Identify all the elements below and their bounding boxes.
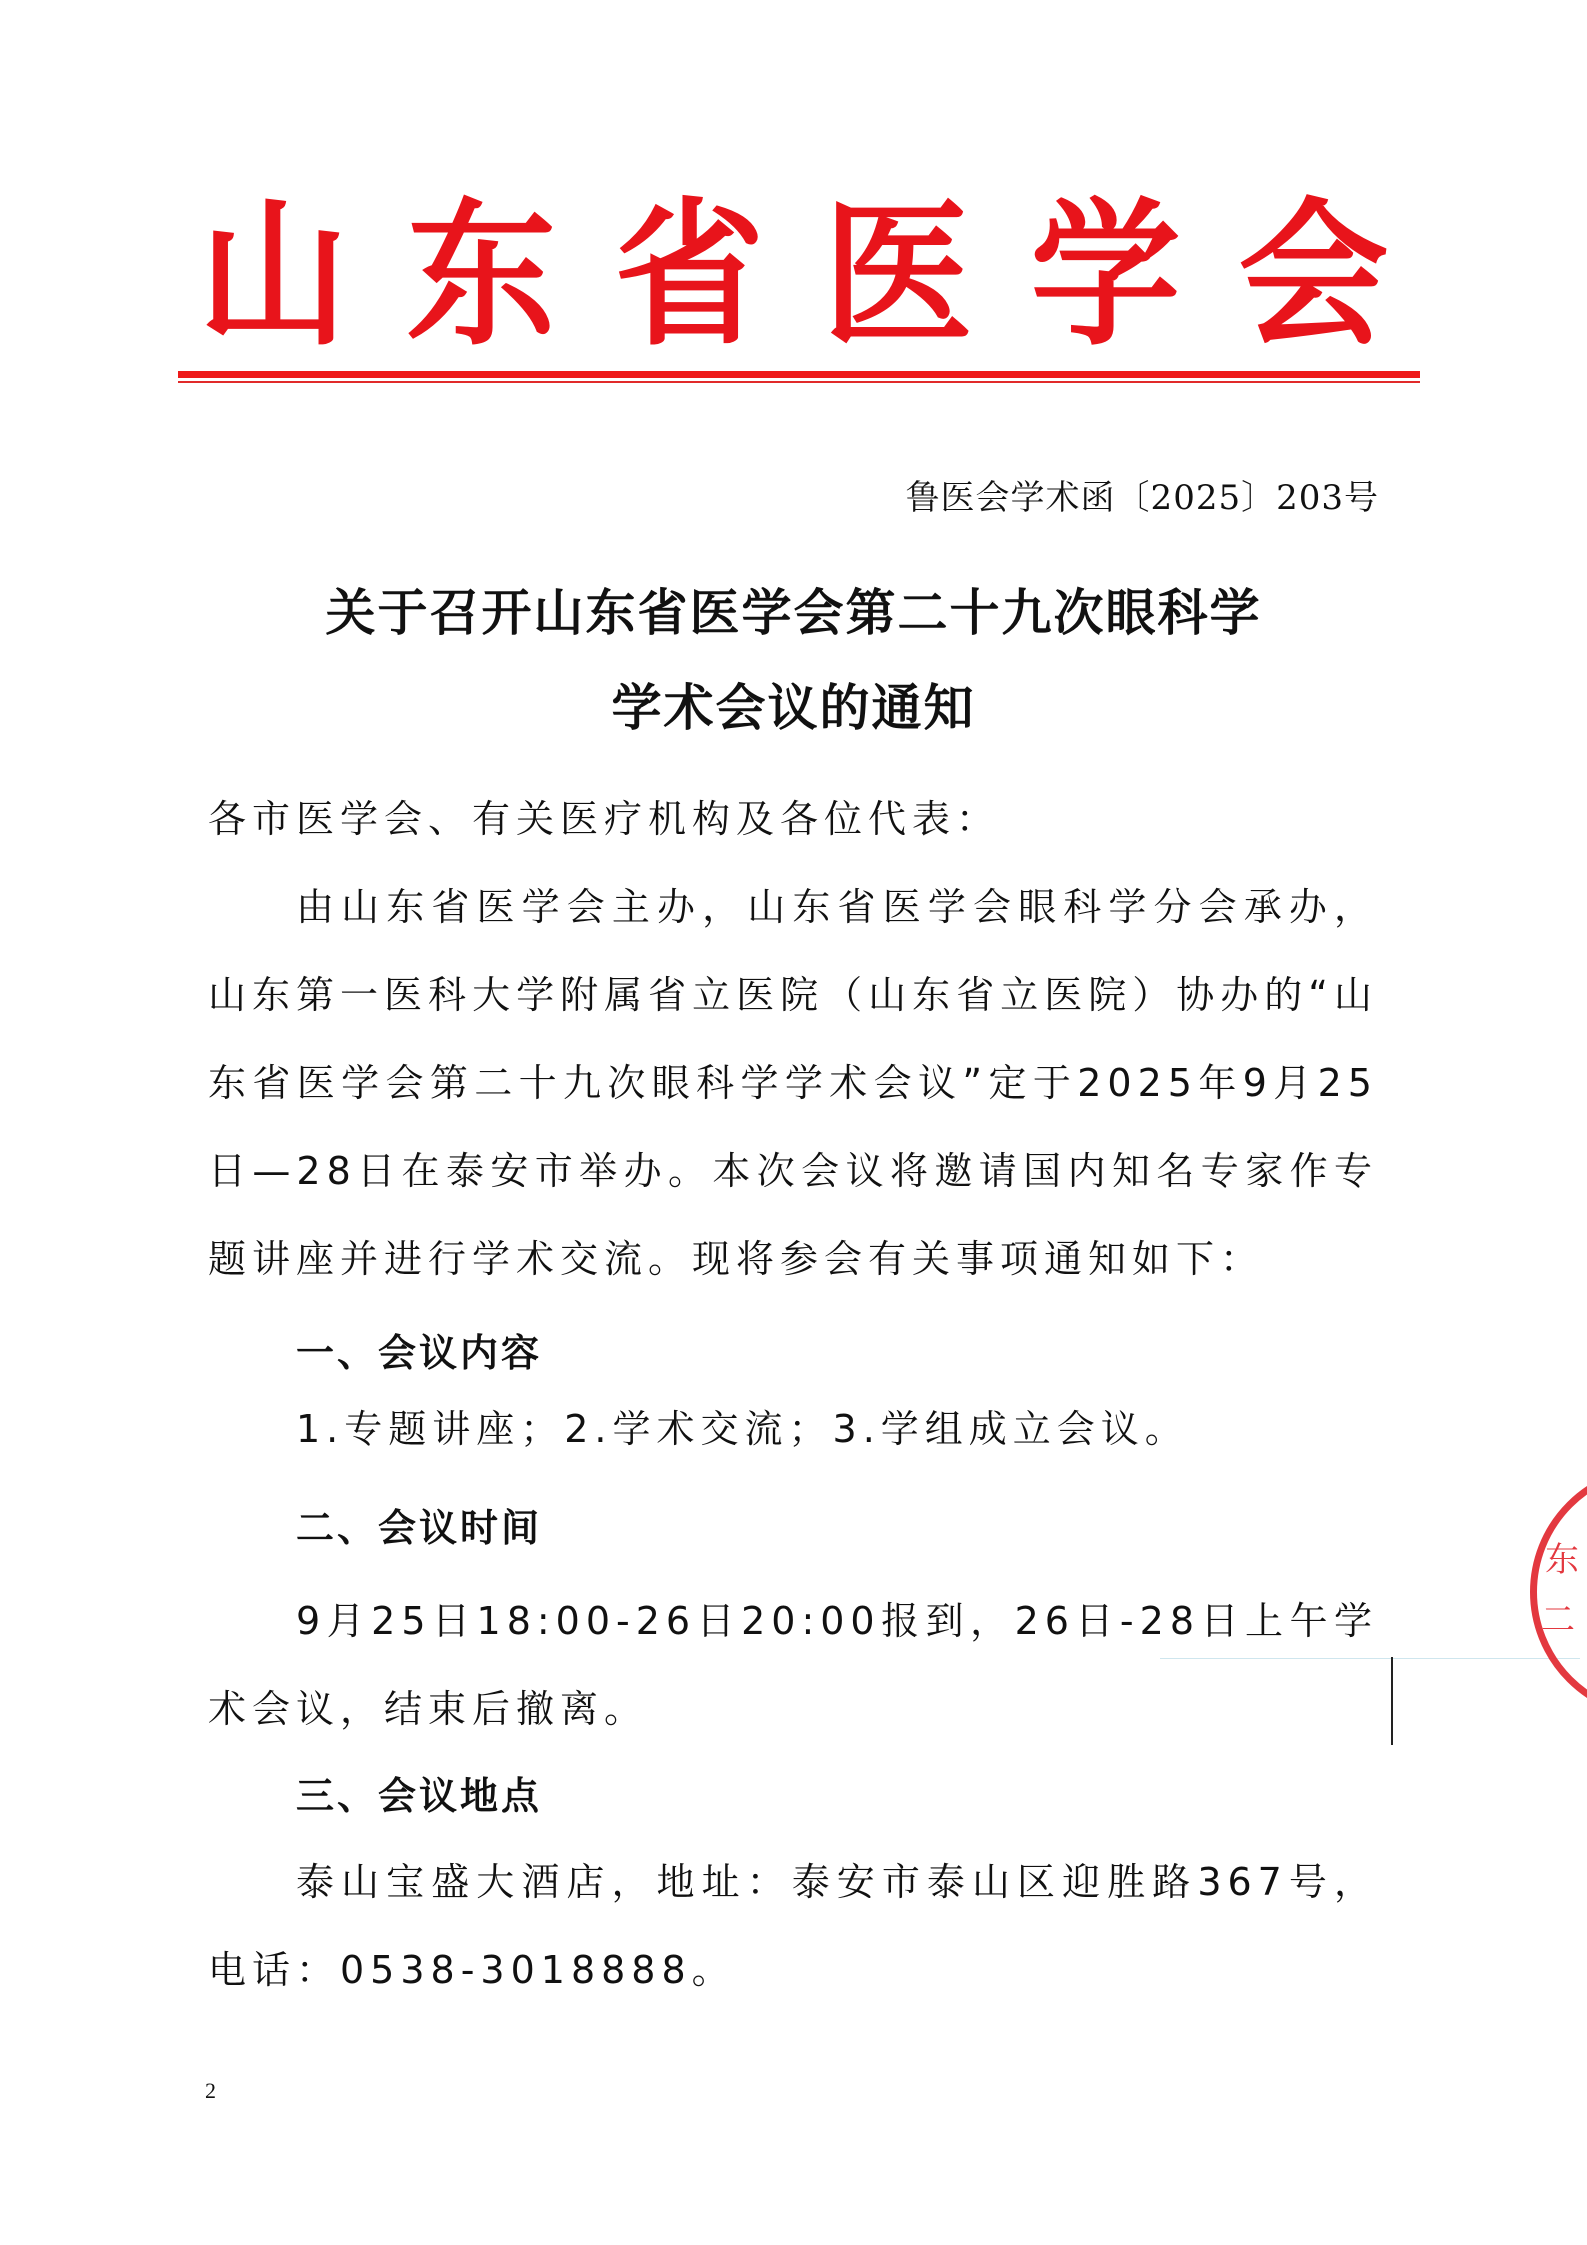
official-seal: 东 二 xyxy=(1530,1465,1587,1719)
red-divider-thick xyxy=(178,371,1420,378)
scan-artifact-line xyxy=(1160,1658,1580,1659)
organization-name: 山东省医学会 xyxy=(140,196,1446,354)
intro-paragraph: 由山东省医学会主办，山东省医学会眼科学分会承办，山东第一医科大学附属省立医院（山… xyxy=(208,863,1378,1303)
section-heading-time: 二、会议时间 xyxy=(296,1497,542,1552)
section-body-location: 泰山宝盛大酒店，地址：泰安市泰山区迎胜路367号，电话：0538-3018888… xyxy=(208,1838,1378,2014)
seal-glyph-2: 二 xyxy=(1541,1592,1575,1641)
scan-artifact-mark xyxy=(1391,1657,1393,1745)
section-heading-content: 一、会议内容 xyxy=(296,1322,542,1377)
red-divider-thin xyxy=(178,381,1420,383)
masthead: 山东省医学会 xyxy=(0,190,1587,360)
page-number: 2 xyxy=(205,2078,216,2104)
seal-glyph-1: 东 xyxy=(1545,1532,1579,1581)
section-heading-location: 三、会议地点 xyxy=(296,1765,542,1820)
salutation: 各市医学会、有关医疗机构及各位代表： xyxy=(208,775,1378,863)
document-number: 鲁医会学术函〔2025〕203号 xyxy=(906,470,1379,519)
document-title-line-1: 关于召开山东省医学会第二十九次眼科学 xyxy=(0,573,1587,645)
section-body-content: 1.专题讲座；2.学术交流；3.学组成立会议。 xyxy=(208,1385,1378,1473)
section-body-time: 9月25日18:00-26日20:00报到，26日-28日上午学术会议，结束后撤… xyxy=(208,1577,1378,1753)
document-title-line-2: 学术会议的通知 xyxy=(0,668,1587,740)
